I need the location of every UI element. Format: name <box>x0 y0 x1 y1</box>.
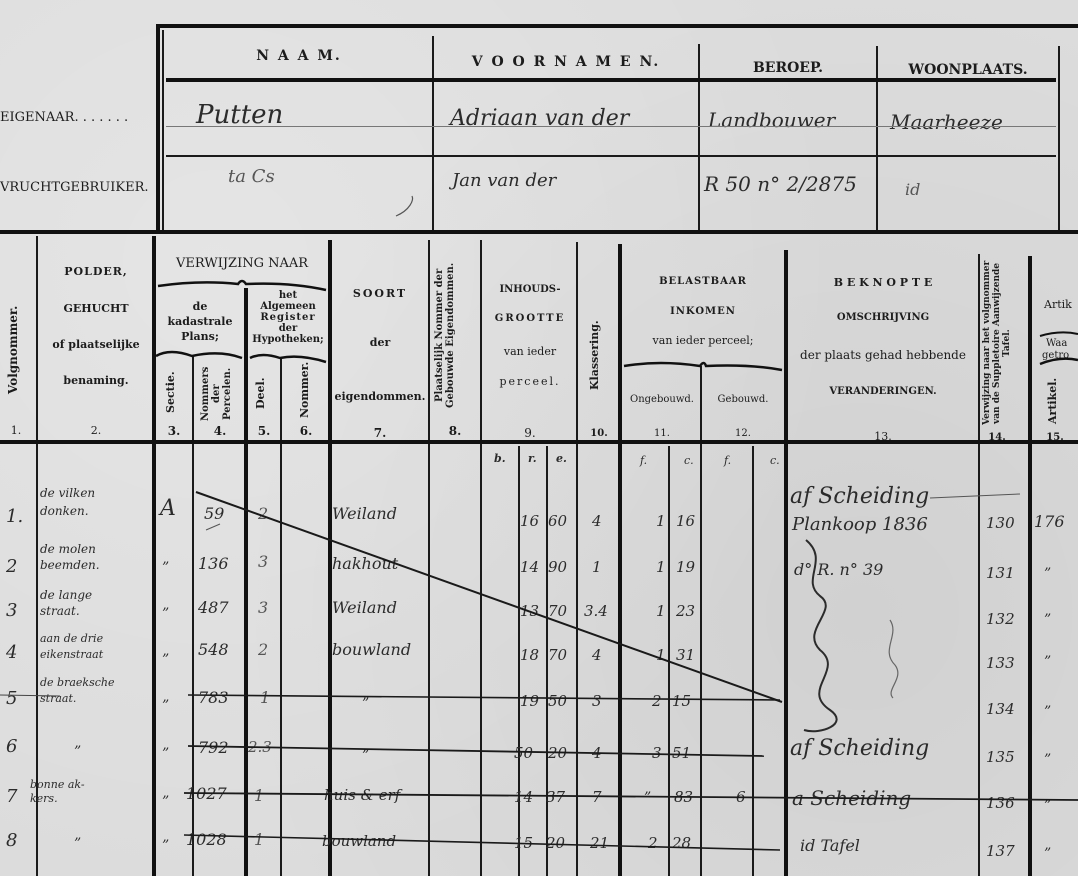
header-plans: Plans; <box>156 330 244 343</box>
owner-row-rule <box>166 155 1056 157</box>
row4-polder-1: aan de drie <box>40 632 103 645</box>
row3-e: 70 <box>548 602 567 620</box>
col7-num: 7. <box>332 426 428 440</box>
row5-artikel: ” <box>1044 704 1051 720</box>
row6-ong-c: 51 <box>672 744 691 762</box>
row1-ong-c: 16 <box>676 512 695 530</box>
row1-artikel: 176 <box>1034 512 1065 531</box>
header-plaatselijk-nommer: Plaatselijk Nommer der Gebouwde Eigendom… <box>434 250 476 420</box>
header-kadastrale: kadastrale <box>156 315 244 328</box>
owner-box-inner-border <box>162 30 164 230</box>
owner-row-label: EIGENAAR. . . . . . . <box>0 110 128 125</box>
header-polder: POLDER, <box>40 265 152 278</box>
row1-supp: 130 <box>986 514 1015 532</box>
row6-soort: ” <box>362 748 369 764</box>
col-rule <box>978 254 980 876</box>
row4-soort: bouwland <box>332 640 411 659</box>
row4-klass: 4 <box>592 646 602 664</box>
header-klassering: Klassering. <box>588 300 601 410</box>
row7-sectie: ” <box>162 794 169 810</box>
header-verwijzing-naar: VERWIJZING NAAR <box>156 256 328 271</box>
header-soort: SOORT <box>332 287 428 300</box>
row7-polder-1: bonne ak- <box>30 778 85 791</box>
row8-e: 20 <box>546 834 565 852</box>
header-beroep: BEROEP. <box>700 60 876 76</box>
row3-verandering: d° R. n° 39 <box>794 560 883 579</box>
row7-soort: huis & erf <box>324 786 400 804</box>
row3-perceel: 487 <box>198 598 229 617</box>
header-perceel: perceel. <box>484 375 576 388</box>
row2-volg: 2 <box>6 556 17 577</box>
row5-volg: 5 <box>6 688 17 709</box>
row3-polder-1: de lange <box>40 588 92 602</box>
header-volgnommer: Volgnommer. <box>6 285 20 415</box>
unit-geb-f: f. <box>724 454 731 467</box>
row8-klass: 21 <box>590 834 609 852</box>
header-beknopte: B E K N O P T E <box>788 276 978 289</box>
header-de: de <box>156 300 244 313</box>
col5-num: 5. <box>248 424 280 438</box>
row1-klass: 4 <box>592 512 602 530</box>
row3-soort: Weiland <box>332 598 397 617</box>
header-der-soort: der <box>332 336 428 349</box>
row5-ong-c: 15 <box>672 692 691 710</box>
row8-supp: 137 <box>986 842 1015 860</box>
row4-sectie: ” <box>162 652 169 668</box>
col8-num: 8. <box>432 424 478 438</box>
row1-polder-2: donken. <box>40 504 89 518</box>
unit-ong-c: c. <box>684 454 694 467</box>
row2-ong-f: 1 <box>656 558 666 576</box>
row6-deel: 2.3 <box>248 738 272 756</box>
row1-soort: Weiland <box>332 504 397 523</box>
row5-supp: 134 <box>986 700 1015 718</box>
unit-b: b. <box>494 452 506 465</box>
usufructuary-name: ta Cs <box>228 166 275 187</box>
col-rule <box>480 240 482 876</box>
header-veranderingen: VERANDERINGEN. <box>788 386 978 397</box>
col12-num: 12. <box>702 428 784 439</box>
row6-polder: ” <box>74 744 81 760</box>
row3-sectie: ” <box>162 606 169 622</box>
owner-header-rule <box>166 78 1056 82</box>
header-nommers-percelen: Nommers der Percelen. <box>200 366 240 422</box>
header-inkomen: INKOMEN <box>622 306 784 317</box>
row4-deel: 2 <box>258 640 268 659</box>
header-gebouwd: Gebouwd. <box>702 394 784 405</box>
usufructuary-first-names: Jan van der <box>452 170 556 191</box>
row7-deel: 1 <box>254 786 264 805</box>
row5-soort: ” <box>362 696 369 712</box>
header-deel: Deel. <box>254 368 267 418</box>
row4-ong-f: 1 <box>656 646 666 664</box>
row5-ong-f: 2 <box>652 692 662 710</box>
col-rule <box>244 288 248 876</box>
header-van-ieder-perceel: van ieder perceel; <box>622 334 784 347</box>
row8-volg: 8 <box>6 830 17 851</box>
row2-supp: 131 <box>986 564 1015 582</box>
col3-num: 3. <box>156 424 192 438</box>
header-sectie: Sectie. <box>164 368 177 416</box>
row7-volg: 7 <box>6 786 17 807</box>
header-hypotheken: Hypotheken; <box>248 334 328 345</box>
owner-baseline <box>166 126 1056 127</box>
row6-r: 50 <box>514 744 533 762</box>
row1-deel: 2 <box>258 504 268 523</box>
row4-artikel: ” <box>1044 654 1051 670</box>
row4-e: 70 <box>548 646 567 664</box>
row8-deel: 1 <box>254 830 264 849</box>
row6-perceel: 792 <box>198 738 229 757</box>
header-artikel-top: Artik <box>1044 298 1078 311</box>
row3-deel: 3 <box>258 598 268 617</box>
header-nommer: Nommer. <box>298 362 311 418</box>
row2-artikel: ” <box>1044 566 1051 582</box>
row8-sectie: ” <box>162 838 169 854</box>
row2-deel: 3 <box>258 552 268 571</box>
row5-polder-1: de braeksche <box>40 676 114 689</box>
row2-r: 14 <box>520 558 539 576</box>
row7-supp: 136 <box>986 794 1015 812</box>
row3-ong-f: 1 <box>656 602 666 620</box>
header-ongebouwd: Ongebouwd. <box>622 394 702 405</box>
row2-ong-c: 19 <box>676 558 695 576</box>
row3-artikel: ” <box>1044 612 1051 628</box>
row5-r: 19 <box>520 692 539 710</box>
row8-polder: ” <box>74 836 81 852</box>
row6-sectie: ” <box>162 746 169 762</box>
header-woonplaats: WOONPLAATS. <box>878 62 1058 78</box>
usufructuary-profession: R 50 n° 2/2875 <box>704 172 857 196</box>
row2-verandering: Plankoop 1836 <box>792 514 928 535</box>
header-gehucht: GEHUCHT <box>40 302 152 315</box>
row8-ong-c: 28 <box>672 834 691 852</box>
col-rule <box>1028 256 1032 876</box>
header-inhouds: INHOUDS- <box>484 284 576 295</box>
owner-box-left-border <box>156 24 160 232</box>
unit-geb-c: c. <box>770 454 780 467</box>
row6-supp: 135 <box>986 748 1015 766</box>
owner-first-names: Adriaan van der <box>450 106 629 131</box>
header-verwijzing-suppletoire: Verwijzing naar het volgnommer van de Su… <box>982 258 1026 428</box>
row8-perceel: 1028 <box>186 830 227 849</box>
row4-supp: 133 <box>986 654 1015 672</box>
col10-num: 10. <box>580 428 618 439</box>
owner-box-bottom-border <box>0 230 1078 234</box>
row3-polder-2: straat. <box>40 604 80 618</box>
row6-e: 20 <box>548 744 567 762</box>
header-omschrijving: OMSCHRIJVING <box>788 312 978 323</box>
row3-volg: 3 <box>6 600 17 621</box>
row5-polder-2: straat. <box>40 692 76 705</box>
header-het: het <box>248 290 328 301</box>
row1-ong-f: 1 <box>656 512 666 530</box>
row2-perceel: 136 <box>198 554 229 573</box>
row7-polder-2: kers. <box>30 792 58 805</box>
owner-box-top-border <box>156 24 1078 28</box>
unit-e: e. <box>556 452 567 465</box>
row2-polder-1: de molen <box>40 542 96 556</box>
row4-perceel: 548 <box>198 640 229 659</box>
row5-klass: 3 <box>592 692 602 710</box>
col-rule <box>668 446 670 876</box>
row1-e: 60 <box>548 512 567 530</box>
row7-r: 14 <box>514 788 533 806</box>
header-register: Register <box>248 312 328 323</box>
header-der: der <box>248 323 328 334</box>
row2-klass: 1 <box>592 558 602 576</box>
row3-ong-c: 23 <box>676 602 695 620</box>
col-rule <box>784 250 788 876</box>
row6-verandering: af Scheiding <box>790 736 929 761</box>
col-rule <box>428 240 430 876</box>
col13-num: 13. <box>788 430 978 443</box>
usufructuary-row-label: VRUCHTGEBRUIKER. <box>0 180 149 195</box>
owner-residence: Maarheeze <box>890 110 1003 134</box>
header-naam: N A A M. <box>166 48 432 64</box>
col2-num: 2. <box>40 424 152 437</box>
row7-e: 37 <box>546 788 565 806</box>
col1-num: 1. <box>6 424 26 437</box>
col9-num: 9. <box>484 426 576 440</box>
row5-perceel: 783 <box>198 688 229 707</box>
header-algemeen: Algemeen <box>248 301 328 312</box>
row8-r: 15 <box>514 834 533 852</box>
row4-ong-c: 31 <box>676 646 695 664</box>
unit-r: r. <box>528 452 537 465</box>
header-belastbaar: BELASTBAAR <box>622 276 784 287</box>
row3-klass: 3.4 <box>584 602 608 620</box>
row8-verandering: id Tafel <box>800 836 860 855</box>
header-voornamen: V O O R N A M E N. <box>434 54 698 70</box>
header-of-plaatselijke: of plaatselijke <box>40 338 152 351</box>
row7-geb-c: 6 <box>736 788 746 806</box>
row7-klass: 7 <box>592 788 602 806</box>
row7-verandering: a Scheiding <box>792 786 911 810</box>
header-benaming: benaming. <box>40 374 152 387</box>
row1-volg: 1. <box>6 506 23 527</box>
header-waarin: Waa <box>1046 338 1078 349</box>
row7-ong-c: 83 <box>674 788 693 806</box>
row2-polder-2: beemden. <box>40 558 100 572</box>
header-getrokken: getro <box>1042 350 1078 361</box>
header-van-ieder: van ieder <box>484 345 576 358</box>
row7-perceel: 1027 <box>186 784 227 803</box>
row1-sectie: A <box>160 496 176 521</box>
row2-soort: hakhout <box>332 554 398 573</box>
row6-volg: 6 <box>6 736 17 757</box>
col4-num: 4. <box>196 424 244 438</box>
col11-num: 11. <box>622 428 702 439</box>
row8-ong-f: 2 <box>648 834 658 852</box>
header-artikel: Artikel. <box>1046 380 1059 424</box>
row3-r: 13 <box>520 602 539 620</box>
header-der-plaats: der plaats gehad hebbende <box>788 348 978 362</box>
unit-ong-f: f. <box>640 454 647 467</box>
row6-artikel: ” <box>1044 752 1051 768</box>
header-eigendommen: eigendommen. <box>332 390 428 403</box>
row6-ong-f: 3 <box>652 744 662 762</box>
divider <box>1058 46 1060 230</box>
col15-num: 15. <box>1040 432 1070 443</box>
ledger-page: EIGENAAR. . . . . . . VRUCHTGEBRUIKER. N… <box>0 0 1078 876</box>
row1-polder-1: de vilken <box>40 486 95 500</box>
row6-klass: 4 <box>592 744 602 762</box>
col-rule <box>280 358 282 876</box>
row1-verandering: af Scheiding <box>790 484 929 509</box>
header-grootte: GROOTTE <box>484 313 576 324</box>
row5-e: 50 <box>548 692 567 710</box>
owner-profession: Landbouwer <box>708 108 835 132</box>
col14-num: 14. <box>982 432 1012 443</box>
row7-artikel: ” <box>1044 798 1051 814</box>
col6-num: 6. <box>284 424 328 438</box>
usufructuary-residence: id <box>905 180 920 199</box>
row2-e: 90 <box>548 558 567 576</box>
row5-sectie: ” <box>162 698 169 714</box>
row1-r: 16 <box>520 512 539 530</box>
row4-volg: 4 <box>6 642 17 663</box>
row8-soort: bouwland <box>322 832 396 850</box>
row2-sectie: ” <box>162 560 169 576</box>
row5-deel: 1 <box>260 688 270 707</box>
col-rule <box>576 242 578 876</box>
row1-perceel: 59 <box>204 504 224 523</box>
col-rule <box>752 446 754 876</box>
row7-ong-f: ” <box>644 790 651 806</box>
row8-artikel: ” <box>1044 846 1051 862</box>
row4-polder-2: eikenstraat <box>40 648 103 661</box>
row4-r: 18 <box>520 646 539 664</box>
row3-supp: 132 <box>986 610 1015 628</box>
